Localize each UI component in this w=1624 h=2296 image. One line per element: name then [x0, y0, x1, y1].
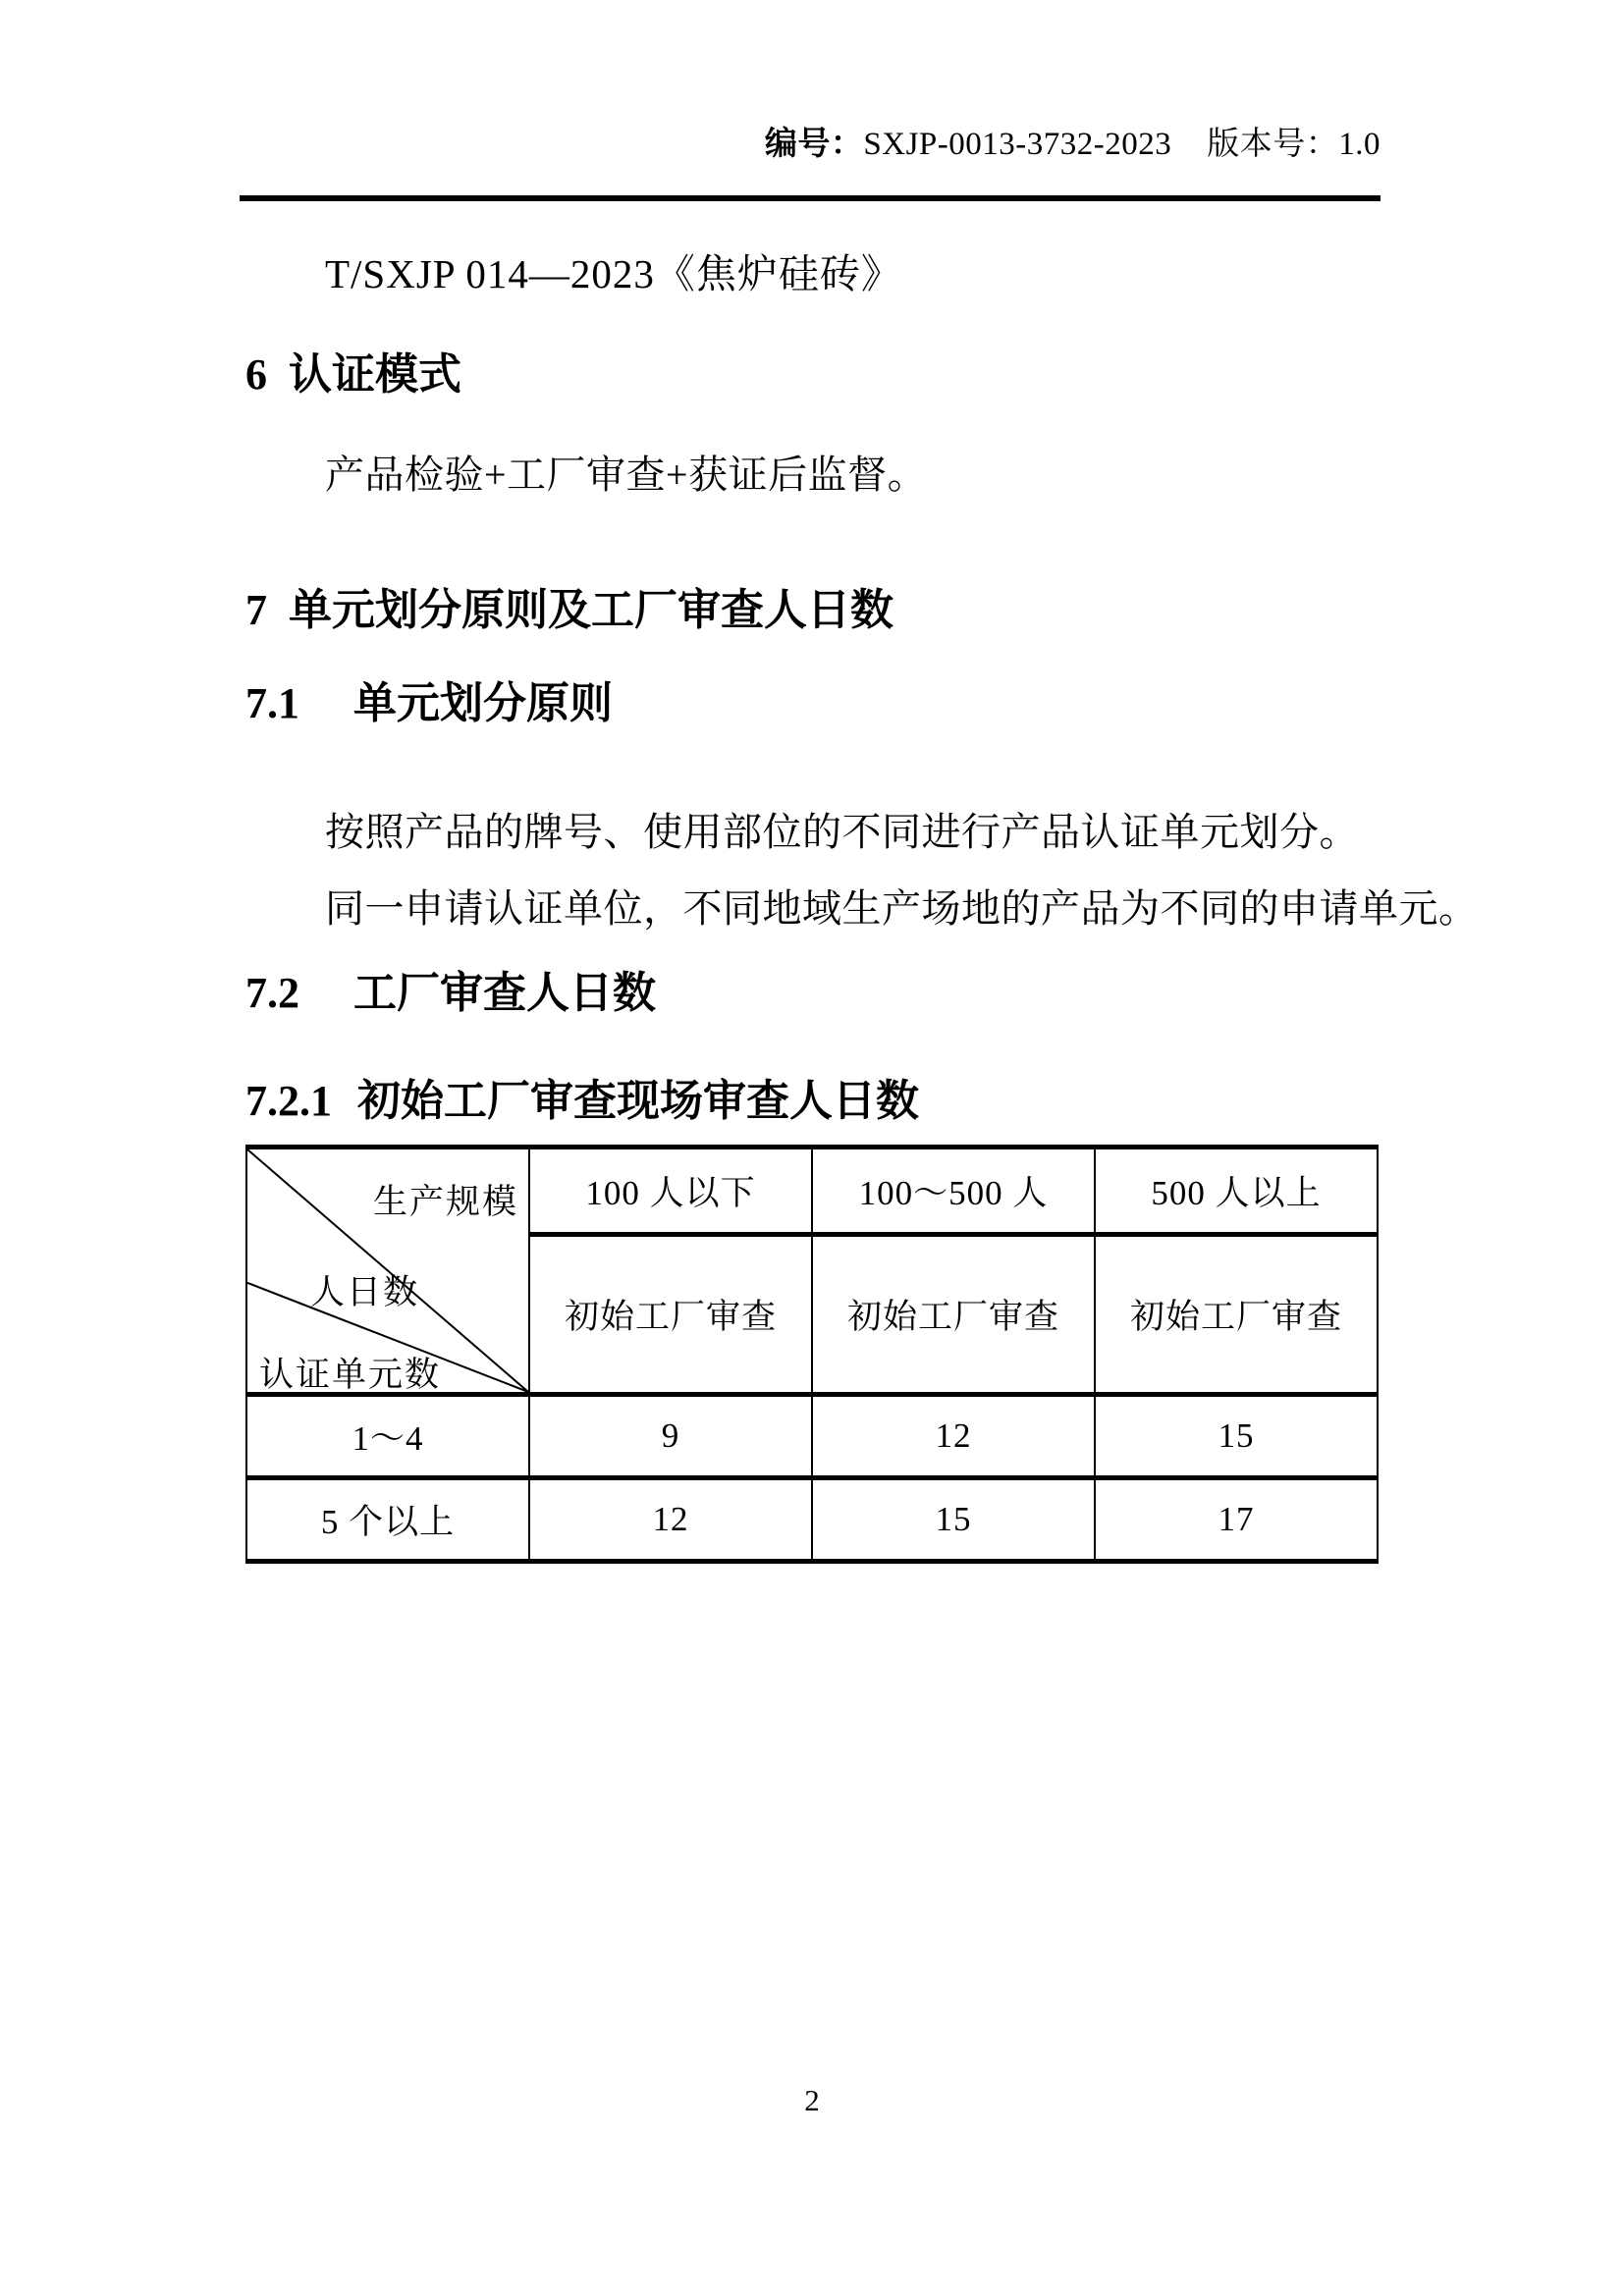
subheader-initial-audit-1: 初始工厂审查: [529, 1235, 812, 1395]
section-7-heading: 7单元划分原则及工厂审查人日数: [245, 574, 893, 637]
document-page: 编号：SXJP-0013-3732-2023版本号：1.0 T/SXJP 014…: [0, 0, 1624, 2296]
audit-person-days-table: 生产规模 人日数 认证单元数 100 人以下 100～500 人 500 人以上…: [245, 1145, 1379, 1564]
column-header-over-500: 500 人以上: [1095, 1148, 1378, 1235]
cell-value: 9: [529, 1395, 812, 1478]
page-number: 2: [0, 2083, 1624, 2118]
version-label: 版本号：: [1207, 127, 1338, 162]
row-label-5-plus: 5 个以上: [246, 1478, 529, 1562]
doc-number-label: 编号：: [765, 127, 864, 162]
column-header-under-100: 100 人以下: [529, 1148, 812, 1235]
doc-number-value: SXJP-0013-3732-2023: [863, 127, 1171, 162]
column-header-100-500: 100～500 人: [812, 1148, 1095, 1235]
section-7-2-heading: 7.2工厂审查人日数: [245, 957, 656, 1020]
subheader-initial-audit-3: 初始工厂审查: [1095, 1235, 1378, 1395]
section-7-1-paragraph-1: 按照产品的牌号、使用部位的不同进行产品认证单元划分。: [325, 801, 1359, 857]
version-value: 1.0: [1338, 127, 1380, 162]
standard-reference-line: T/SXJP 014—2023《焦炉硅砖》: [325, 241, 902, 299]
subheader-initial-audit-2: 初始工厂审查: [812, 1235, 1095, 1395]
corner-label-certification-units: 认证单元数: [259, 1348, 441, 1397]
section-7-2-1-title: 初始工厂审查现场审查人日数: [357, 1077, 919, 1125]
section-6-number: 6: [245, 350, 267, 399]
section-7-2-number: 7.2: [245, 969, 299, 1017]
section-7-2-1-heading: 7.2.1初始工厂审查现场审查人日数: [245, 1065, 919, 1128]
corner-label-person-days: 人日数: [310, 1265, 419, 1314]
section-6-heading: 6认证模式: [245, 339, 461, 401]
section-7-1-number: 7.1: [245, 679, 299, 727]
section-7-1-title: 单元划分原则: [353, 679, 613, 727]
section-6-paragraph: 产品检验+工厂审查+获证后监督。: [325, 444, 927, 500]
cell-value: 12: [529, 1478, 812, 1562]
section-7-2-title: 工厂审查人日数: [353, 969, 656, 1017]
cell-value: 12: [812, 1395, 1095, 1478]
cell-value: 17: [1095, 1478, 1378, 1562]
table-row: 5 个以上 12 15 17: [246, 1478, 1378, 1562]
section-6-title: 认证模式: [289, 350, 461, 399]
section-7-1-paragraph-2: 同一申请认证单位，不同地域生产场地的产品为不同的申请单元。: [325, 878, 1479, 934]
cell-value: 15: [1095, 1395, 1378, 1478]
corner-label-production-scale: 生产规模: [373, 1175, 518, 1224]
header-divider-rule: [240, 195, 1380, 201]
section-7-number: 7: [245, 586, 267, 634]
table-corner-cell: 生产规模 人日数 认证单元数: [246, 1148, 529, 1395]
section-7-2-1-number: 7.2.1: [245, 1077, 332, 1125]
table-row: 1～4 9 12 15: [246, 1395, 1378, 1478]
section-7-title: 单元划分原则及工厂审查人日数: [289, 586, 893, 634]
row-label-1-4: 1～4: [246, 1395, 529, 1478]
cell-value: 15: [812, 1478, 1095, 1562]
table-header-row: 生产规模 人日数 认证单元数 100 人以下 100～500 人 500 人以上: [246, 1148, 1378, 1235]
document-header: 编号：SXJP-0013-3732-2023版本号：1.0: [765, 118, 1380, 164]
section-7-1-heading: 7.1单元划分原则: [245, 667, 613, 730]
